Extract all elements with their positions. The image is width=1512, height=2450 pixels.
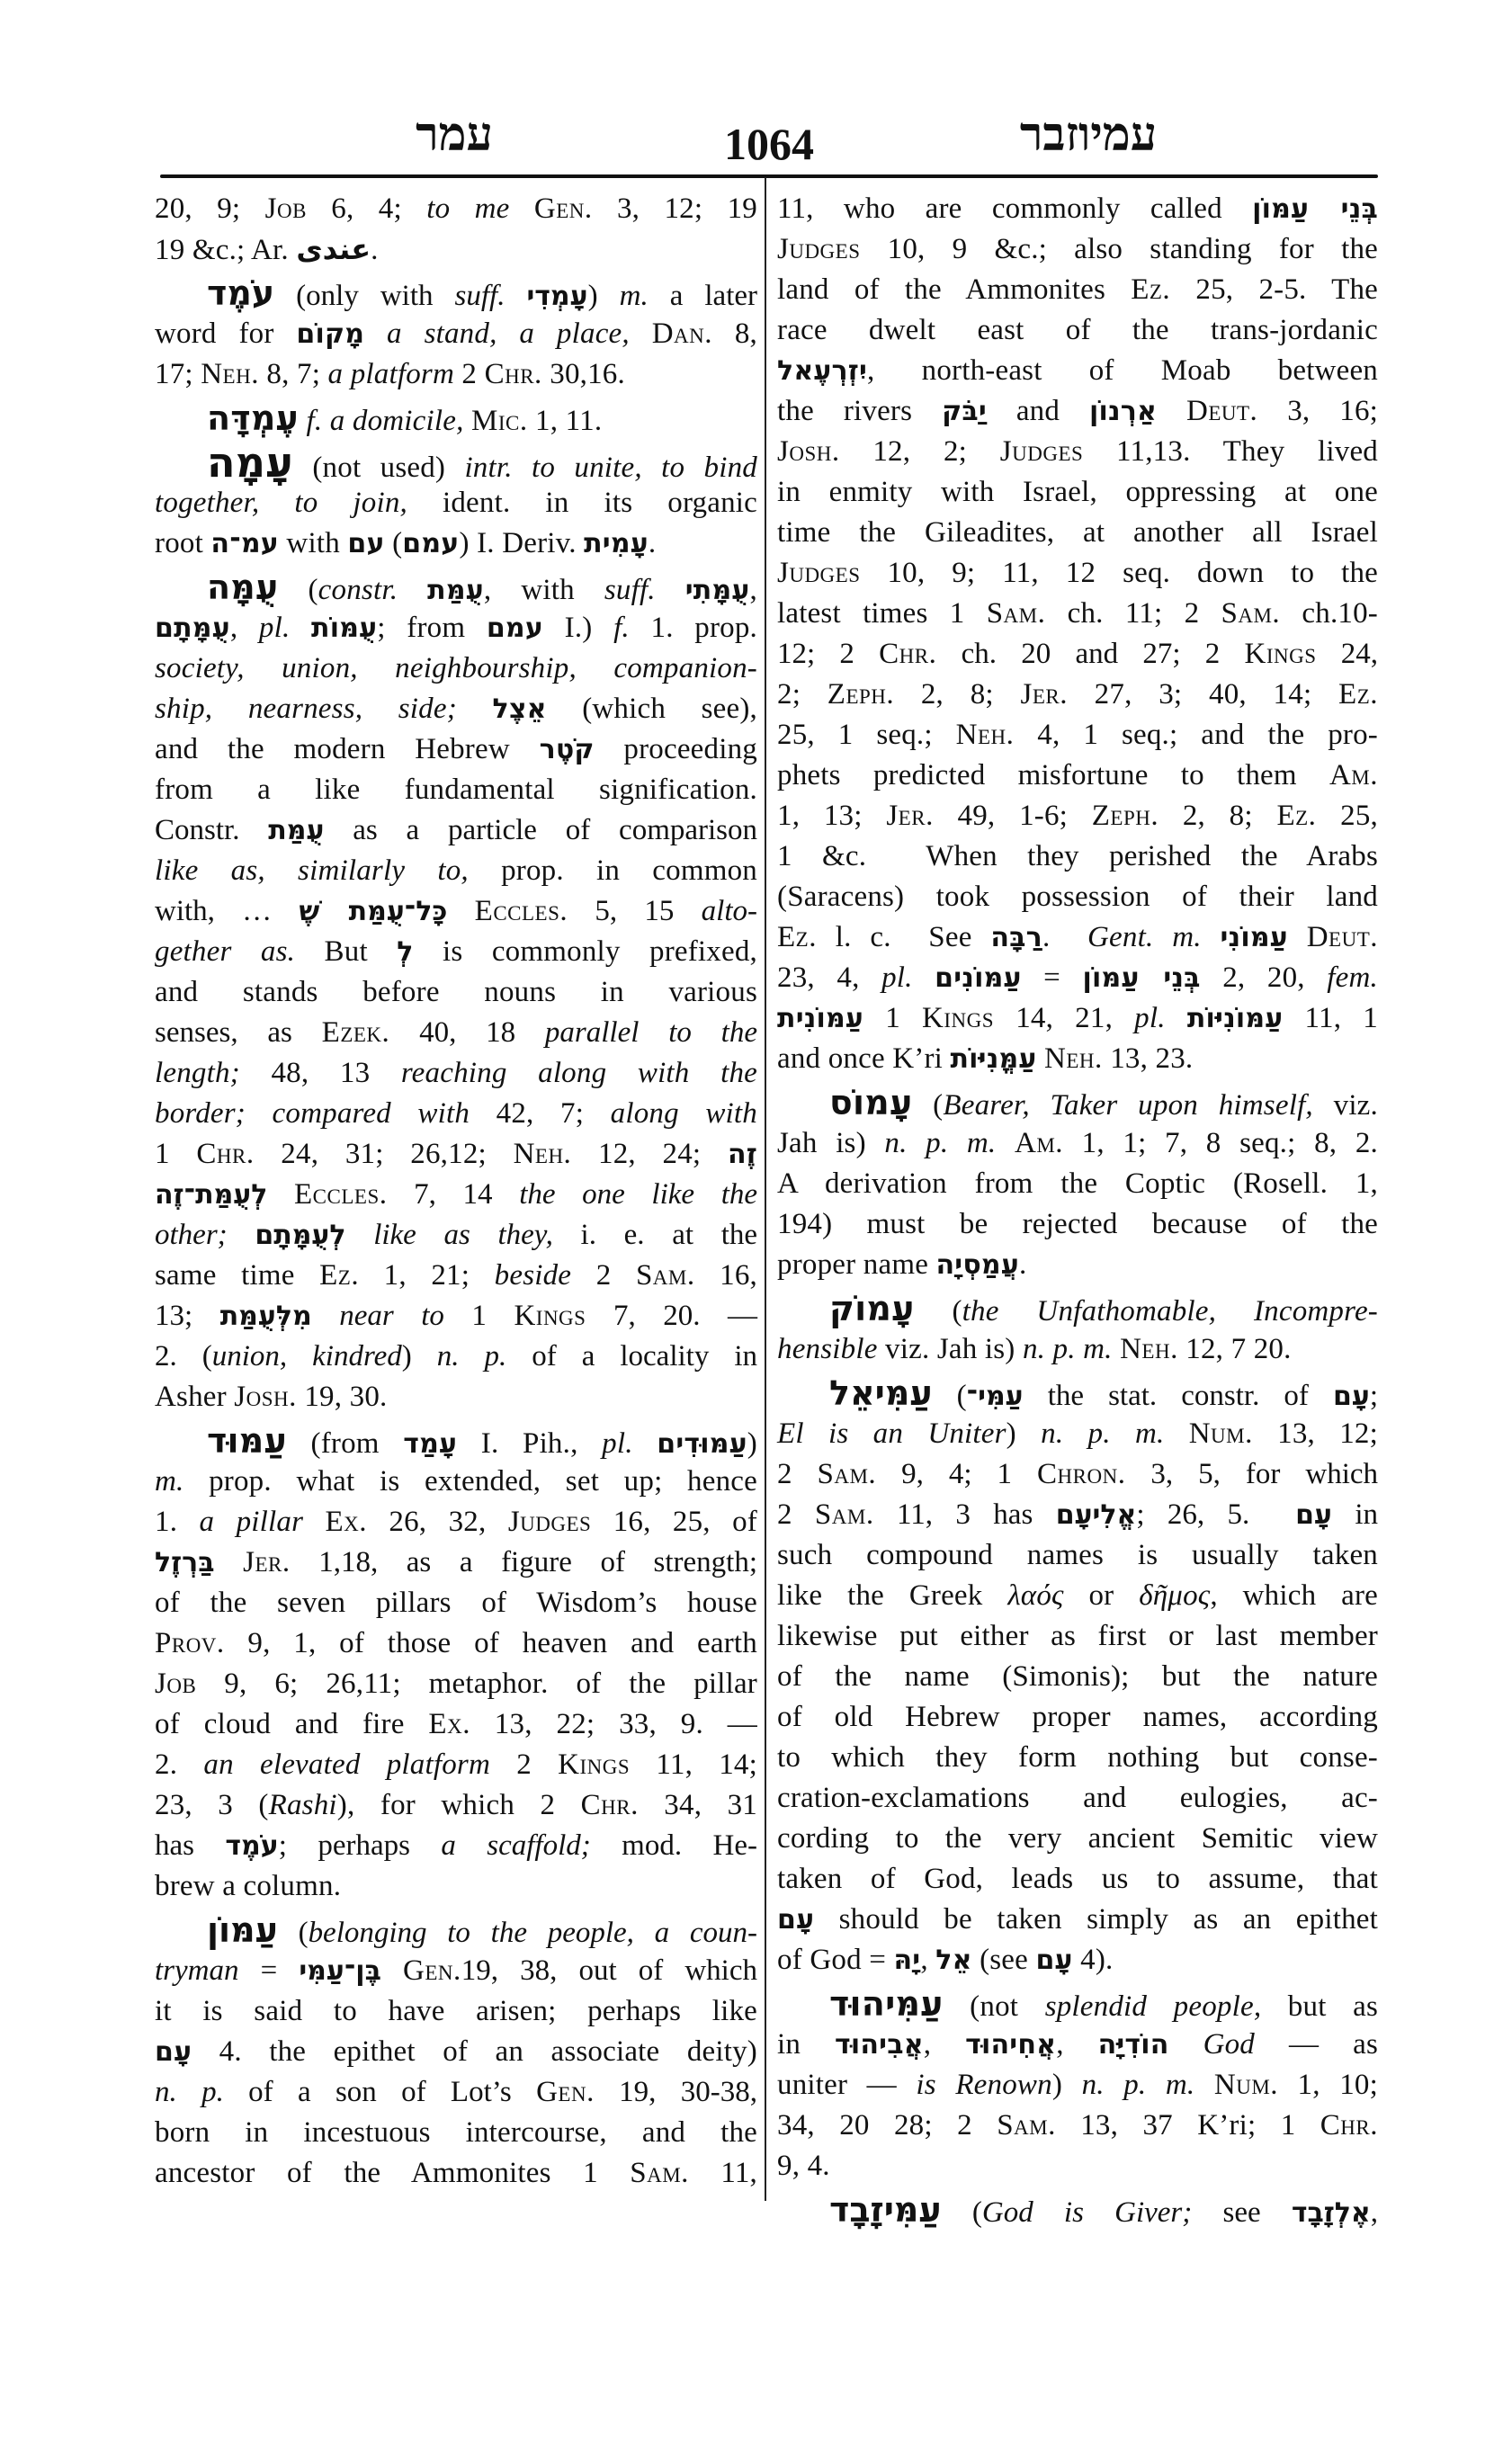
hebrew-word: בֶּן־עַמִּי (299, 1955, 381, 1987)
roman-text: 1 &c. When they perished the Arabs (777, 840, 1378, 872)
roman-text: , (920, 1944, 935, 1976)
text-line: Asher Josh. 19, 30. (155, 1377, 757, 1417)
roman-text: 25, 2-5. The (1170, 273, 1378, 306)
roman-text: of cloud and fire (155, 1708, 428, 1740)
roman-text: , (230, 612, 259, 644)
text-line: race dwelt east of the trans-jordanic (777, 310, 1378, 351)
roman-text: 1, 21; (359, 1259, 495, 1292)
book-abbreviation: Neh. (956, 719, 1015, 751)
roman-text: 11, 14; (630, 1748, 757, 1781)
text-line: gether as. But לְ is commonly prefixed, (155, 932, 757, 972)
italic-text: near to (339, 1300, 444, 1332)
roman-text: 34, 20 28; 2 (777, 2109, 997, 2142)
text-line: עָם should be taken simply as an epithet (777, 1900, 1378, 1940)
roman-text: with (279, 527, 347, 559)
text-line: ship, nearness, side; אֵצֶל (which see), (155, 689, 757, 729)
book-abbreviation: Kings (558, 1748, 630, 1781)
roman-text: = (1022, 961, 1083, 994)
hebrew-word: עָמִית (584, 528, 649, 559)
roman-text: uniter — (777, 2069, 916, 2101)
hebrew-word: אַרְנוֹן (1089, 396, 1157, 427)
hebrew-word: קֹטֶר (540, 734, 595, 765)
book-abbreviation: Judges (777, 557, 861, 589)
text-line: hensible viz. Jah is) n. p. m. Neh. 12, … (777, 1329, 1378, 1370)
headword: עָמוֹק (829, 1289, 915, 1328)
text-line: 12; 2 Chr. ch. 20 and 27; 2 Kings 24, (777, 634, 1378, 675)
roman-text: = (239, 1954, 300, 1987)
text-line: 194) must be rejected because of the (777, 1204, 1378, 1245)
text-line: of cloud and fire Ex. 13, 22; 33, 9. — (155, 1704, 757, 1745)
headword: עָמוֹס (829, 1083, 912, 1122)
left-column: 20, 9; Job 6, 4; to me Gen. 3, 12; 1919 … (155, 189, 757, 2194)
roman-text: . (1019, 1248, 1026, 1281)
text-line: like the Greek λαός or δῆμος, which are (777, 1576, 1378, 1616)
italic-text: fem. (1327, 961, 1378, 994)
italic-text: alto- (702, 895, 757, 927)
text-line: it is said to have arisen; perhaps like (155, 1991, 757, 2032)
roman-text: ( (278, 1917, 309, 1949)
italic-text: pl. (1134, 1002, 1166, 1034)
book-abbreviation: Judges (508, 1506, 592, 1538)
roman-text: 24, 31; 26,12; (255, 1138, 514, 1170)
roman-text: prop. in common (469, 854, 757, 887)
book-abbreviation: Chron. (1037, 1458, 1125, 1490)
headword: עֶמְדָּה (207, 398, 299, 438)
book-abbreviation: Ez. (777, 921, 817, 953)
text-line: בַּרְזֶל Jer. 1,18, as a figure of stren… (155, 1542, 757, 1583)
roman-text: of a locality in (506, 1340, 757, 1373)
entry-first-line: עַמִּיאֵל (עַמִּי־ the stat. constr. of … (777, 1373, 1378, 1414)
italic-text: to me (426, 192, 509, 225)
book-abbreviation: Ezek. (322, 1016, 390, 1049)
hebrew-word: עָם (1035, 1945, 1072, 1976)
hebrew-word: בְּנֵי עַמּוֹן (1083, 962, 1201, 994)
roman-text (1164, 1417, 1188, 1450)
roman-text: (see (972, 1944, 1036, 1976)
text-line: 23, 3 (Rashi), for which 2 Chr. 34, 31 (155, 1785, 757, 1826)
entry-first-line: עַמּוּד (from עָמַד I. Pih., pl. עַמּוּד… (155, 1421, 757, 1462)
hebrew-word: עַמֳּנִיּוֹת (950, 1043, 1036, 1075)
entry-first-line: עָמוֹק (the Unfathomable, Incompre- (777, 1289, 1378, 1329)
italic-text: parallel to the (545, 1016, 757, 1049)
roman-text: (which see), (547, 693, 757, 725)
text-line: Judges 10, 9; 11, 12 seq. down to the (777, 553, 1378, 594)
text-line: 20, 9; Job 6, 4; to me Gen. 3, 12; 19 (155, 189, 757, 229)
roman-text: as a particle of comparison (324, 814, 757, 846)
roman-text (228, 1219, 255, 1251)
book-abbreviation: Gen. (403, 1954, 461, 1987)
text-line: לְעֻמַּת־זֶה Eccles. 7, 14 the one like … (155, 1175, 757, 1215)
roman-text: , north-east of Moab between (867, 354, 1378, 387)
roman-text: (from (287, 1427, 403, 1460)
roman-text: 2, 8; (1159, 800, 1276, 832)
text-line: Ez. l. c. See רַבָּה. Gent. m. עַמּוֹנִי… (777, 917, 1378, 958)
book-abbreviation: Ez. (1338, 678, 1378, 711)
entry-first-line: עֹמֶד (only with suff. עָמְדִי) m. a lat… (155, 273, 757, 314)
roman-text: 1. prop. (630, 612, 757, 644)
italic-text: belonging to the people, a coun- (309, 1917, 757, 1949)
text-line: 1 Chr. 24, 31; 26,12; Neh. 12, 24; זֶה (155, 1134, 757, 1175)
roman-text: time the Gileadites, at another all Isra… (777, 516, 1378, 549)
italic-text: n. p. m. (884, 1127, 996, 1159)
roman-text: in enmity with Israel, oppressing at one (777, 476, 1378, 508)
roman-text: viz. (1313, 1089, 1378, 1122)
book-abbreviation: Jer. (886, 800, 933, 832)
roman-text: 19 &c.; Ar. (155, 234, 296, 266)
italic-text: reaching along with the (401, 1057, 757, 1089)
roman-text: (only with (274, 280, 454, 312)
roman-text: (not used) (293, 452, 464, 484)
roman-text (996, 1127, 1015, 1159)
roman-text: the stat. constr. of (1024, 1380, 1333, 1412)
roman-text: 2; (777, 678, 828, 711)
hebrew-word: יִזְרְעֶאל (777, 355, 867, 387)
roman-text: i. e. at the (553, 1219, 757, 1251)
roman-text: 13, 22; 33, 9. — (470, 1708, 757, 1740)
roman-text: 2. ( (155, 1340, 212, 1373)
roman-text: 11, (689, 2157, 757, 2189)
text-line: יִזְרְעֶאל, north-east of Moab between (777, 351, 1378, 391)
roman-text: mod. He- (591, 1829, 757, 1862)
roman-text (1037, 1042, 1044, 1075)
entry-first-line: עַמִּיהוּד (not splendid people, but as (777, 1984, 1378, 2025)
roman-text: brew a column. (155, 1870, 341, 1902)
italic-text: n. p. (437, 1340, 507, 1373)
roman-text (267, 1178, 294, 1211)
roman-text: 13; (155, 1300, 220, 1332)
text-line: cording to the very ancient Semitic view (777, 1819, 1378, 1859)
roman-text: ( (385, 527, 403, 559)
text-line: senses, as Ezek. 40, 18 parallel to the (155, 1013, 757, 1053)
headword: עַמּוּד (207, 1421, 287, 1461)
italic-text: a stand, a place, (387, 317, 630, 350)
text-line: of old Hebrew proper names, according (777, 1697, 1378, 1738)
book-abbreviation: Ex. (326, 1506, 368, 1538)
roman-text: 3, 12; 19 (593, 192, 757, 225)
guide-word-left: עמר (409, 108, 499, 162)
italic-text: a scaffold; (441, 1829, 590, 1862)
book-abbreviation: Neh. (201, 358, 259, 390)
hebrew-word: עמם (402, 528, 459, 559)
roman-text: but as (1261, 1990, 1378, 2023)
hebrew-word: עָם (155, 2036, 192, 2068)
roman-text: I. Pih., (457, 1427, 602, 1460)
roman-text: 30,16. (542, 358, 625, 390)
roman-text: ), for which 2 (337, 1789, 581, 1821)
roman-text: root (155, 527, 210, 559)
book-abbreviation: Mic. (471, 405, 528, 437)
italic-text: n. p. m. (1082, 2069, 1195, 2101)
book-abbreviation: Eccles. (475, 895, 568, 927)
book-abbreviation: Sam. (817, 1458, 876, 1490)
greek-word: λαός (1007, 1579, 1063, 1612)
headword-root: עָמָה (207, 438, 293, 487)
book-abbreviation: Num. (1214, 2069, 1278, 2101)
roman-text: , (924, 2028, 965, 2061)
text-line: society, union, neighbourship, companion… (155, 648, 757, 689)
book-abbreviation: Judges (1000, 435, 1084, 468)
roman-text (447, 895, 474, 927)
hebrew-word: עֲמַסְיָה (936, 1249, 1019, 1281)
italic-text: pl. (259, 612, 291, 644)
book-abbreviation: Dan. (652, 317, 712, 350)
italic-text: El is an Uniter (777, 1417, 1007, 1450)
book-abbreviation: Zeph. (828, 678, 894, 711)
roman-text: a later (649, 280, 757, 312)
text-line: 2 Sam. 9, 4; 1 Chron. 3, 5, for which (777, 1454, 1378, 1495)
headword: עַמּוֹן (207, 1910, 278, 1950)
text-line: n. p. of a son of Lot’s Gen. 19, 30-38, (155, 2072, 757, 2113)
text-line: in enmity with Israel, oppressing at one (777, 472, 1378, 513)
roman-text: 10, 9; 11, 12 seq. down to the (861, 557, 1378, 589)
roman-text: prop. what is extended, set up; hence (183, 1465, 757, 1498)
guide-word-right: עמיוזבר (1007, 108, 1169, 162)
roman-text (312, 1300, 340, 1332)
roman-text: 9, 4; 1 (876, 1458, 1037, 1490)
text-line: 9, 4. (777, 2146, 1378, 2186)
text-line: root עמ־ה with עם (עמם) I. Deriv. עָמִית… (155, 523, 757, 564)
hebrew-word: עָם (1333, 1381, 1370, 1412)
roman-text: likewise put either as first or last mem… (777, 1620, 1378, 1652)
text-line: 1, 13; Jer. 49, 1-6; Zeph. 2, 8; Ez. 25, (777, 796, 1378, 836)
roman-text: 5, 15 (568, 895, 702, 927)
roman-text: 25, 1 seq.; (777, 719, 956, 751)
hebrew-word: עַמּוֹנִיּוֹת (1187, 1003, 1284, 1034)
roman-text: . (649, 527, 656, 559)
roman-text: Constr. (155, 814, 268, 846)
roman-text: Jah is) (777, 1127, 884, 1159)
italic-text: suff. (604, 574, 656, 606)
book-abbreviation: Kings (922, 1002, 994, 1034)
roman-text: 2 (777, 1458, 817, 1490)
book-abbreviation: Gen. (534, 192, 593, 225)
roman-text: ; 26, 5. (1136, 1498, 1295, 1531)
italic-text: other; (155, 1219, 228, 1251)
italic-text: pl. (602, 1427, 633, 1460)
italic-text: m. (155, 1465, 183, 1498)
italic-text: an elevated platform (203, 1748, 490, 1781)
roman-text: . (371, 234, 378, 266)
entry-first-line: עֻמָּה (constr. עֻמַּת, with suff. עֻמָּ… (155, 568, 757, 608)
roman-text: (Saracens) took possession of their land (777, 881, 1378, 913)
roman-text (656, 574, 685, 606)
roman-text: born in incestuous intercourse, and the (155, 2116, 757, 2149)
text-line: like as, similarly to, prop. in common (155, 851, 757, 891)
roman-text: 19, 38, out of which (461, 1954, 757, 1987)
text-line: Jah is) n. p. m. Am. 1, 1; 7, 8 seq.; 8,… (777, 1123, 1378, 1164)
roman-text: ; (1370, 1380, 1378, 1412)
roman-text: 8, (712, 317, 757, 350)
hebrew-word: לְ (397, 936, 413, 968)
text-line: with, … כָּל־עֻמַּת שֶׁ Eccles. 5, 15 al… (155, 891, 757, 932)
book-abbreviation: Prov. (155, 1627, 225, 1659)
book-abbreviation: Jer. (1020, 678, 1067, 711)
book-abbreviation: Sam. (987, 597, 1046, 630)
hebrew-word: עמם (487, 612, 543, 644)
italic-text: intr. to unite, to bind (464, 452, 757, 484)
text-line: of the name (Simonis); but the nature (777, 1657, 1378, 1697)
hebrew-word: בַּרְזֶל (155, 1547, 215, 1578)
text-line: latest times 1 Sam. ch. 11; 2 Sam. ch.10… (777, 594, 1378, 634)
roman-text (290, 612, 311, 644)
roman-text (364, 317, 387, 350)
roman-text: 1, 11. (528, 405, 603, 437)
roman-text: 2 (454, 358, 485, 390)
roman-text: 14, 21, (994, 1002, 1134, 1034)
book-abbreviation: Job (155, 1668, 196, 1700)
roman-text: race dwelt east of the trans-jordanic (777, 314, 1378, 346)
hebrew-word: עַמִּי־ (967, 1381, 1024, 1412)
roman-text: 1, 10; (1278, 2069, 1378, 2101)
roman-text: 49, 1-6; (934, 800, 1092, 832)
roman-text: ; from (377, 612, 487, 644)
entry-first-line: עָמוֹס (Bearer, Taker upon himself, viz. (777, 1083, 1378, 1123)
text-line: likewise put either as first or last mem… (777, 1616, 1378, 1657)
page-header: עמר 1064 עמיוזבר (0, 0, 1512, 180)
roman-text: 2 (571, 1259, 636, 1292)
book-abbreviation: Judges (777, 233, 861, 265)
italic-text: suff. (455, 280, 505, 312)
entry-first-line: עֶמְדָּה f. a domicile, Mic. 1, 11. (155, 398, 757, 439)
roman-text (346, 1219, 374, 1251)
roman-text (1157, 395, 1186, 427)
roman-text: 11,13. They lived (1083, 435, 1378, 468)
roman-text: 12, 24; (571, 1138, 728, 1170)
roman-text: proceeding (595, 733, 757, 765)
book-abbreviation: Jer. (243, 1546, 290, 1578)
book-abbreviation: Neh. (514, 1138, 572, 1170)
roman-text (1202, 921, 1221, 953)
roman-text: and stands before nouns in various (155, 976, 757, 1008)
book-abbreviation: Chr. (879, 638, 936, 670)
hebrew-word: מָקוֹם (296, 318, 364, 350)
roman-text: 7, 20. — (586, 1300, 757, 1332)
book-abbreviation: Deut. (1307, 921, 1378, 953)
hebrew-word: אֵצֶל (492, 693, 546, 725)
roman-text: should be taken simply as an epithet (814, 1903, 1378, 1936)
text-line: tryman = בֶּן־עַמִּי Gen.19, 38, out of … (155, 1951, 757, 1991)
roman-text: ) (588, 280, 620, 312)
roman-text: 4. the epithet of an associate deity) (192, 2035, 757, 2068)
italic-text: n. p. (155, 2076, 224, 2108)
roman-text (381, 1954, 403, 1987)
text-line: 11, who are commonly called בְּנֵי עַמּו… (777, 189, 1378, 229)
hebrew-word: עַמּוֹנִים (935, 962, 1021, 994)
roman-text: 3, 5, for which (1125, 1458, 1378, 1490)
text-line: word for מָקוֹם a stand, a place, Dan. 8… (155, 314, 757, 354)
roman-text: such compound names is usually taken (777, 1539, 1378, 1571)
italic-text: Rashi (269, 1789, 337, 1821)
text-line: Josh. 12, 2; Judges 11,13. They lived (777, 432, 1378, 472)
roman-text (510, 192, 534, 225)
roman-text: 194) must be rejected because of the (777, 1208, 1378, 1240)
roman-text: ) (747, 1427, 757, 1460)
roman-text: 23, 4, (777, 961, 881, 994)
roman-text: 27, 3; 40, 14; (1068, 678, 1338, 711)
roman-text: ch. 11; 2 (1045, 597, 1221, 630)
headword: עַמִּיזָבָד (829, 2190, 942, 2230)
text-line: land of the Ammonites Ez. 25, 2-5. The (777, 270, 1378, 310)
greek-word: δῆμος (1139, 1579, 1210, 1612)
roman-text (1194, 2069, 1214, 2101)
roman-text: 34, 31 (639, 1789, 757, 1821)
roman-text (630, 317, 652, 350)
hebrew-word: הוֹדִיָּה (1098, 2029, 1169, 2061)
italic-text: f. (613, 612, 630, 644)
italic-text: m. (620, 280, 649, 312)
roman-text (398, 574, 427, 606)
roman-text: it is said to have arisen; perhaps like (155, 1995, 757, 2027)
roman-text: 42, 7; (470, 1097, 611, 1130)
hebrew-word: לְעֻמַּת־זֶה (155, 1179, 267, 1211)
roman-text: , (750, 574, 757, 606)
text-line: length; 48, 13 reaching along with the (155, 1053, 757, 1094)
text-line: 2; Zeph. 2, 8; Jer. 27, 3; 40, 14; Ez. (777, 675, 1378, 715)
italic-text: ship, nearness, side; (155, 693, 457, 725)
roman-text: phets predicted misfortune to them (777, 759, 1329, 791)
roman-text: 12, 2; (840, 435, 1000, 468)
headword: עַמִּיהוּד (829, 1984, 944, 2024)
roman-text: 1, 1; 7, 8 seq.; 8, 2. (1063, 1127, 1378, 1159)
text-line: 13; מִלְּעֻמַּת near to 1 Kings 7, 20. — (155, 1296, 757, 1337)
book-abbreviation: Sam. (636, 1259, 695, 1292)
book-abbreviation: Zeph. (1092, 800, 1159, 832)
hebrew-word: יַבֹּק (942, 396, 987, 427)
book-abbreviation: Neh. (1044, 1042, 1103, 1075)
roman-text: I.) (543, 612, 613, 644)
text-line: and once K’ri עַמֳּנִיּוֹת Neh. 13, 23. (777, 1039, 1378, 1079)
text-line: the rivers יַבֹּק and אַרְנוֹן Deut. 3, … (777, 391, 1378, 432)
book-abbreviation: Am. (1015, 1127, 1063, 1159)
text-line: of the seven pillars of Wisdom’s house (155, 1583, 757, 1623)
roman-text: A derivation from the Coptic (Rosell. 1, (777, 1167, 1378, 1200)
roman-text: 13, 23. (1103, 1042, 1194, 1075)
hebrew-word: עֹמֶד (225, 1830, 278, 1862)
hebrew-word: עֻמָּתָם (155, 612, 230, 644)
text-line: 23, 4, pl. עַמּוֹנִים = בְּנֵי עַמּוֹן 2… (777, 958, 1378, 998)
roman-text: ( (915, 1295, 962, 1328)
book-abbreviation: Kings (1244, 638, 1316, 670)
roman-text (303, 1506, 325, 1538)
roman-text: 7, 14 (388, 1178, 520, 1211)
roman-text: 16, 25, of (591, 1506, 757, 1538)
roman-text: 23, 3 ( (155, 1789, 269, 1821)
text-line: brew a column. (155, 1866, 757, 1907)
roman-text: from a like fundamental signification. (155, 773, 757, 806)
hebrew-word: עמ־ה (210, 528, 279, 559)
roman-text: 48, 13 (240, 1057, 401, 1089)
roman-text (1288, 921, 1307, 953)
book-abbreviation: Sam. (1221, 597, 1281, 630)
italic-text: pl. (881, 961, 913, 994)
roman-text: and (987, 395, 1089, 427)
book-abbreviation: Sam. (815, 1498, 874, 1531)
roman-text: ; perhaps (279, 1829, 442, 1862)
italic-text: splendid people, (1045, 1990, 1262, 2023)
hebrew-word: כָּל־עֻמַּת שֶׁ (299, 896, 447, 927)
book-abbreviation: Josh. (234, 1381, 297, 1413)
text-line: phets predicted misfortune to them Am. (777, 756, 1378, 796)
text-line: from a like fundamental signification. (155, 770, 757, 810)
text-line: 2 Sam. 11, 3 has אֱלִיעָם; 26, 5. עָם in (777, 1495, 1378, 1535)
hebrew-word: עַמּוּדִים (657, 1428, 747, 1460)
book-abbreviation: Ez. (1276, 800, 1316, 832)
roman-text: of the name (Simonis); but the nature (777, 1660, 1378, 1693)
roman-text: 16, (695, 1259, 757, 1292)
text-line: Judges 10, 9 &c.; also standing for the (777, 229, 1378, 270)
roman-text: . (1042, 921, 1087, 953)
book-abbreviation: Kings (514, 1300, 586, 1332)
